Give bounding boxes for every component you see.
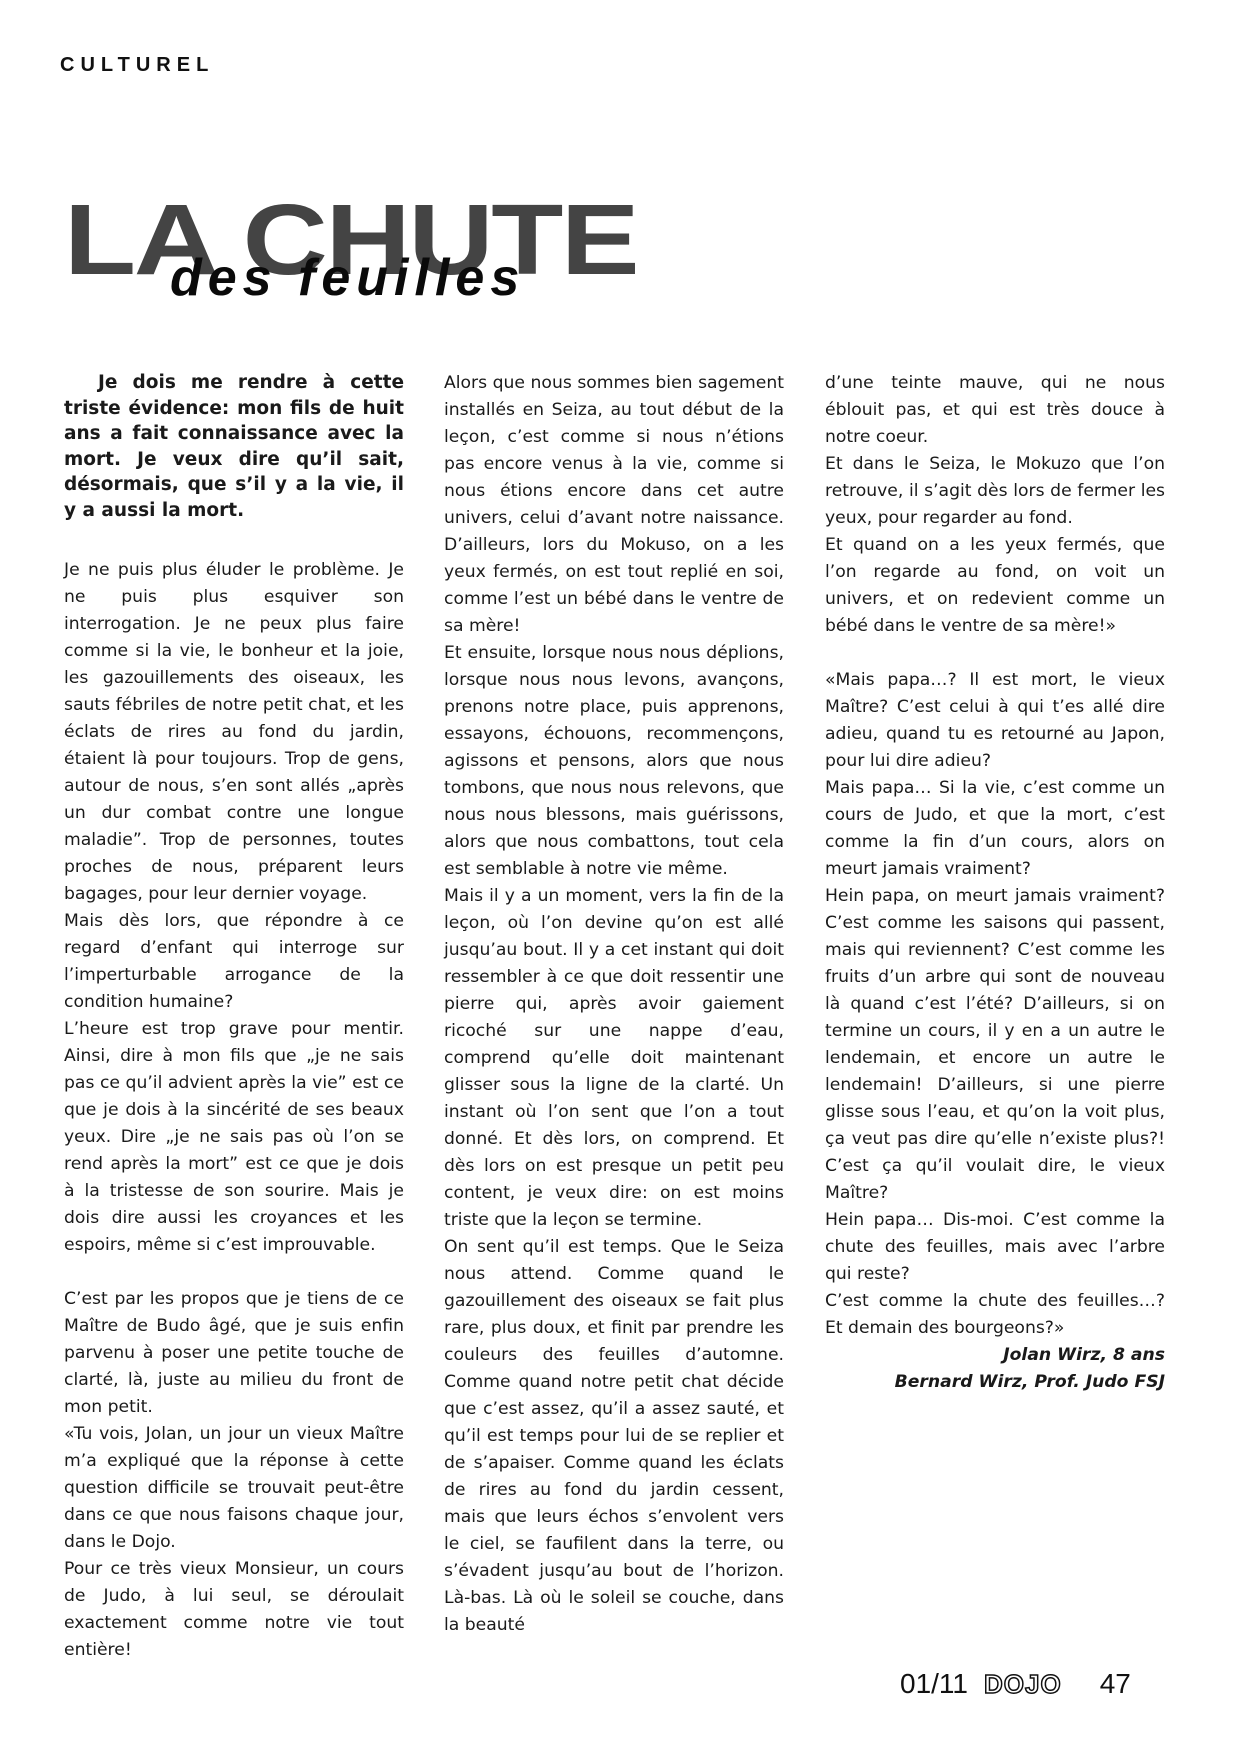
paragraph: Hein papa… Dis-moi. C’est comme la chute… xyxy=(825,1207,1165,1288)
article-title: LA CHUTE des feuilles xyxy=(60,200,620,330)
signature-author-child: Jolan Wirz, 8 ans xyxy=(825,1342,1165,1369)
title-subtitle: des feuilles xyxy=(170,248,525,308)
issue-number: 01/11 xyxy=(900,1668,968,1700)
paragraph: Et dans le Seiza, le Mokuzo que l’on ret… xyxy=(825,451,1165,532)
paragraph: Alors que nous sommes bien sagement inst… xyxy=(444,370,784,640)
paragraph: «Mais papa…? Il est mort, le vieux Maîtr… xyxy=(825,667,1165,775)
paragraph: Mais dès lors, que répondre à ce regard … xyxy=(64,908,404,1016)
paragraph: Et quand on a les yeux fermés, que l’on … xyxy=(825,532,1165,640)
column-3: d’une teinte mauve, qui ne nous éblouit … xyxy=(825,370,1165,1396)
page-number: 47 xyxy=(1100,1668,1131,1700)
paragraph: L’heure est trop grave pour mentir. Ains… xyxy=(64,1016,404,1259)
paragraph: Pour ce très vieux Monsieur, un cours de… xyxy=(64,1556,404,1664)
paragraph: d’une teinte mauve, qui ne nous éblouit … xyxy=(825,370,1165,451)
page-footer: 01/11 DOJO 47 xyxy=(900,1668,1180,1700)
column-1: Je dois me rendre à cette triste évidenc… xyxy=(64,370,404,1664)
lead-paragraph: Je dois me rendre à cette triste évidenc… xyxy=(64,370,404,523)
paragraph: On sent qu’il est temps. Que le Seiza no… xyxy=(444,1234,784,1639)
magazine-logo: DOJO xyxy=(984,1669,1062,1700)
paragraph: C’est comme la chute des feuilles…? Et d… xyxy=(825,1288,1165,1342)
paragraph: Hein papa, on meurt jamais vraiment? C’e… xyxy=(825,883,1165,1207)
signature-author-father: Bernard Wirz, Prof. Judo FSJ xyxy=(825,1369,1165,1396)
section-label: CULTUREL xyxy=(60,54,214,77)
paragraph: Mais il y a un moment, vers la fin de la… xyxy=(444,883,784,1234)
paragraph: C’est par les propos que je tiens de ce … xyxy=(64,1286,404,1421)
paragraph: «Tu vois, Jolan, un jour un vieux Maître… xyxy=(64,1421,404,1556)
paragraph: Et ensuite, lorsque nous nous déplions, … xyxy=(444,640,784,883)
paragraph: Mais papa… Si la vie, c’est comme un cou… xyxy=(825,775,1165,883)
paragraph: Je ne puis plus éluder le problème. Je n… xyxy=(64,557,404,908)
column-2: Alors que nous sommes bien sagement inst… xyxy=(444,370,784,1639)
